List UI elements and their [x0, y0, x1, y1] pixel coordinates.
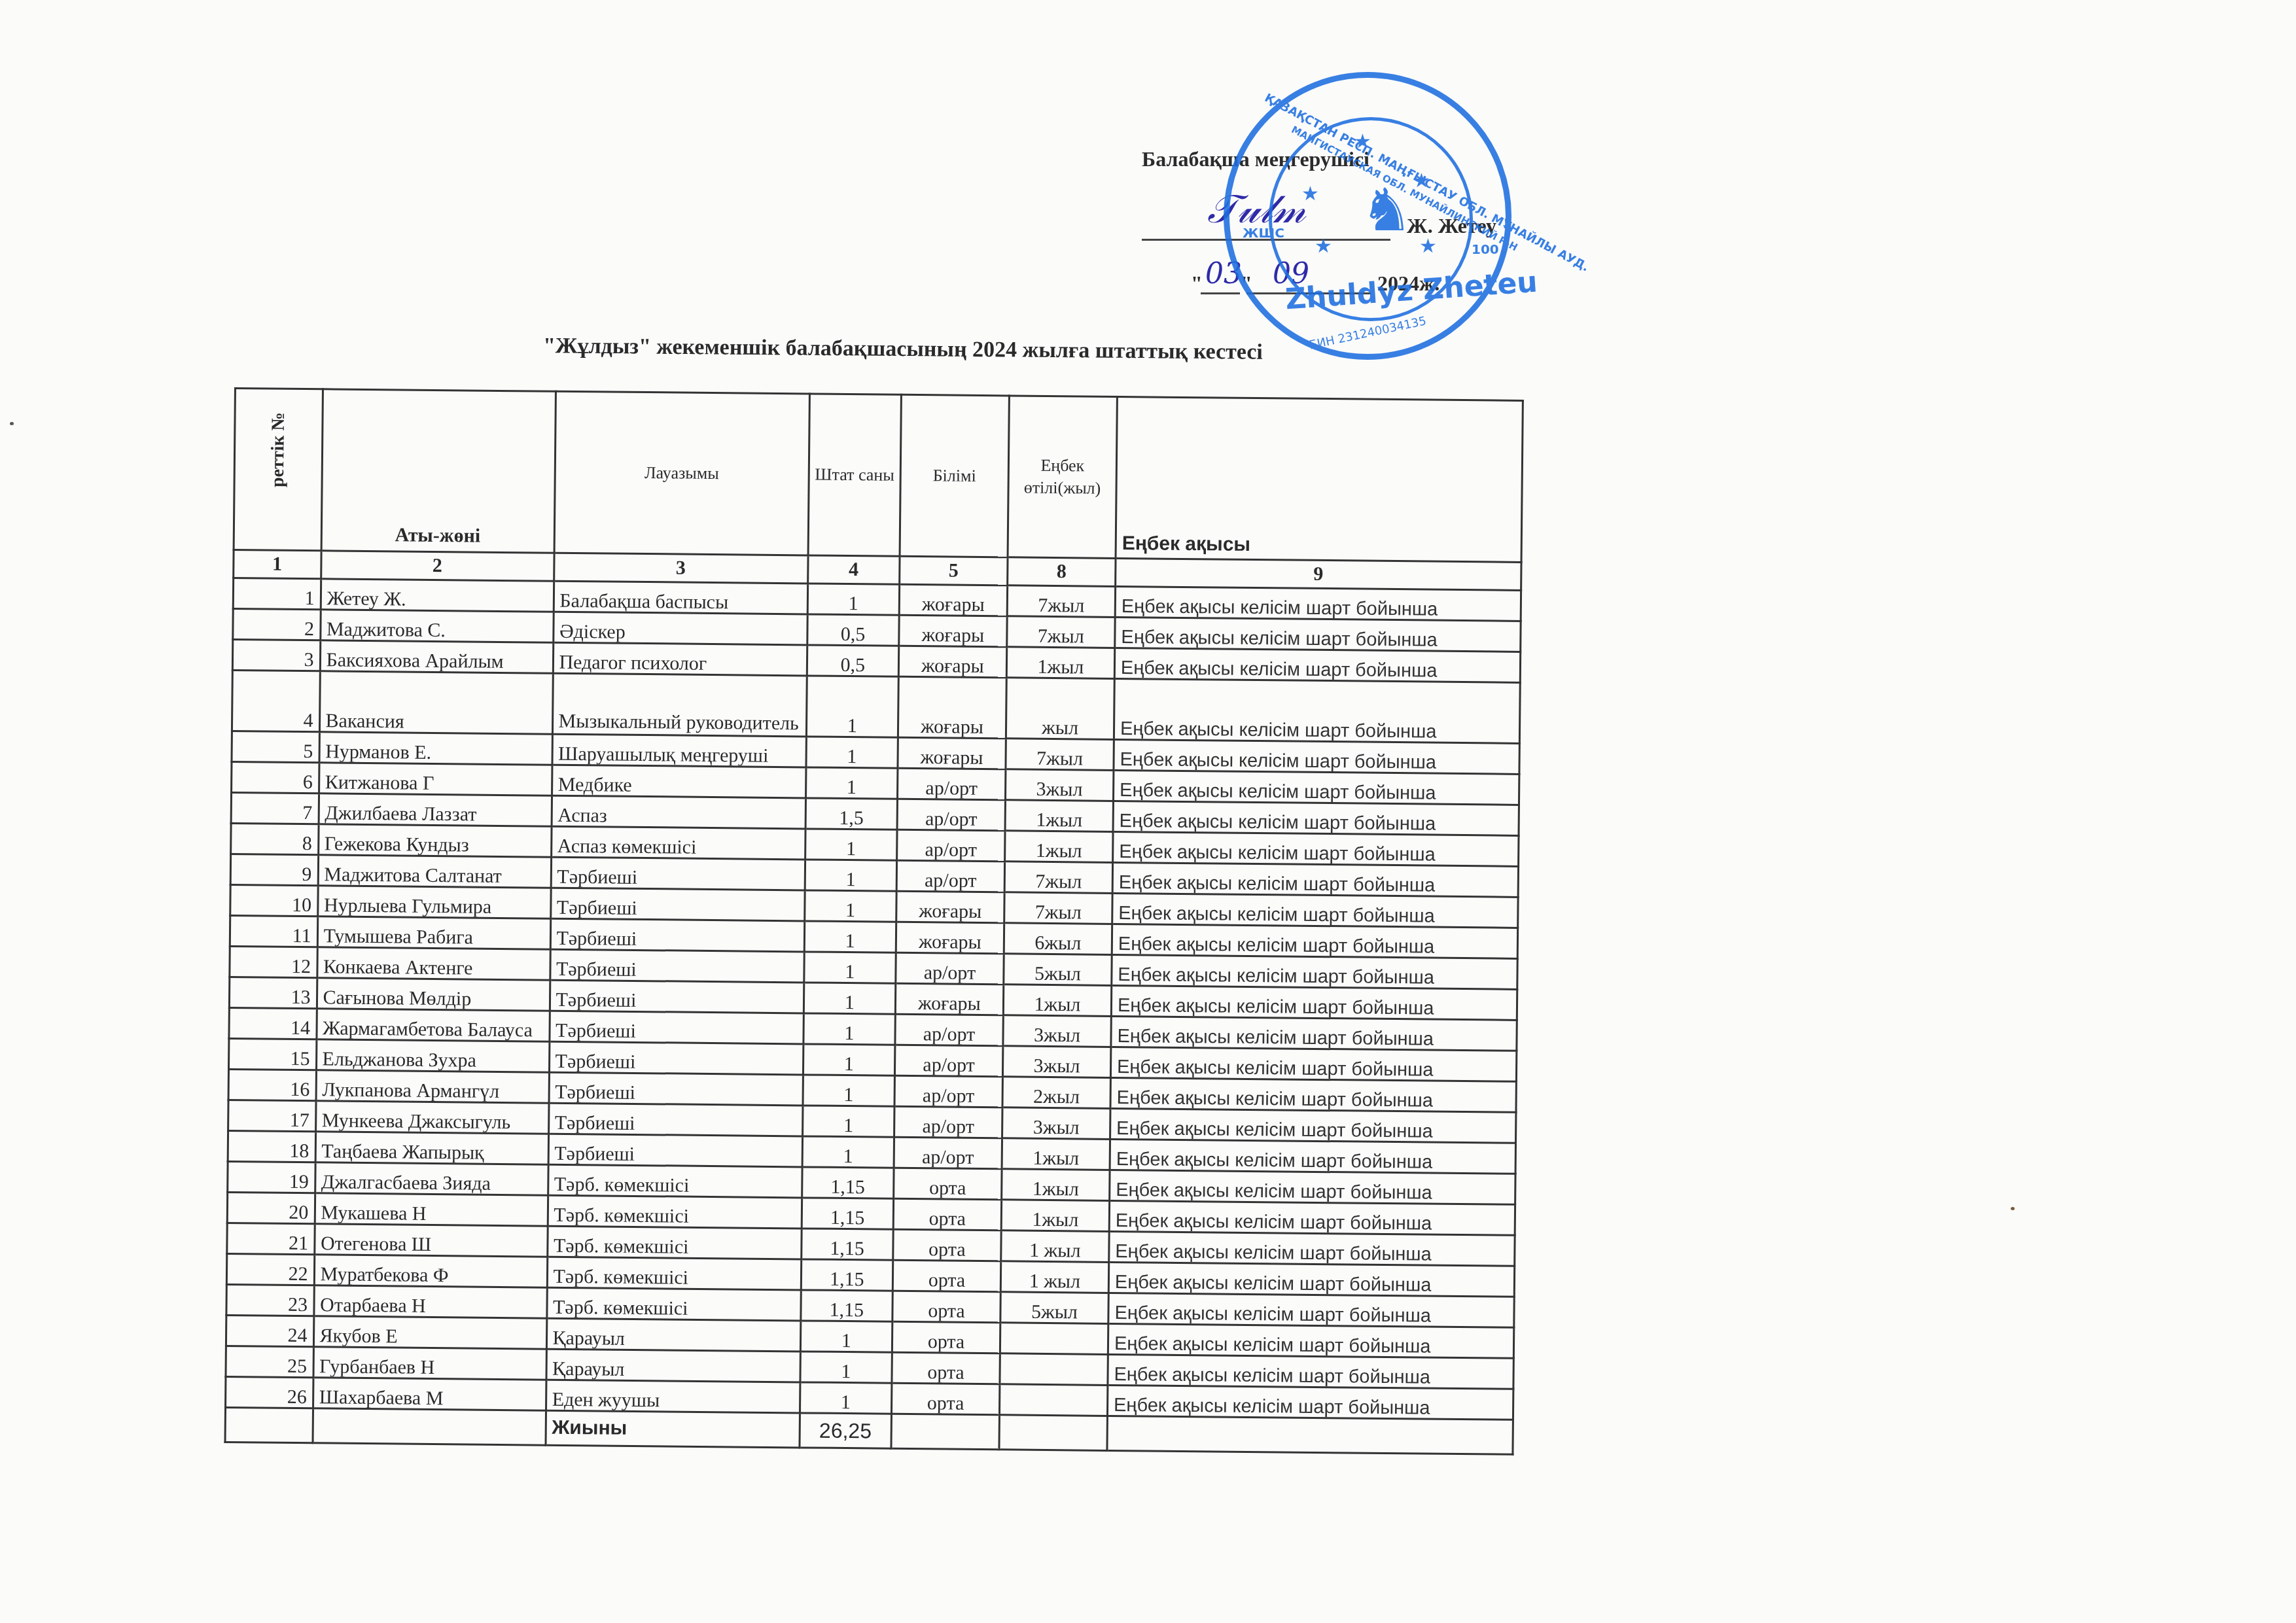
employee-name-cell: Ельджанова Зухра: [316, 1039, 549, 1072]
position-cell: Тәрбиеші: [548, 1134, 802, 1167]
staff-count-cell: 1: [805, 860, 897, 891]
date-day-handwritten: 03: [1205, 257, 1242, 290]
total-empty-cell: [1107, 1416, 1513, 1454]
staff-schedule-table: реттік № Аты-жөні Лауазымы Штат саны Біл…: [224, 387, 1524, 1456]
education-cell: орта: [892, 1260, 1000, 1292]
row-number-cell: 7: [231, 792, 319, 824]
salary-cell: Еңбек ақысы келісім шарт бойынша: [1112, 862, 1518, 897]
document-title: "Жұлдыз" жекеменшік балабақшасының 2024 …: [543, 334, 1263, 365]
salary-cell: Еңбек ақысы келісім шарт бойынша: [1115, 586, 1521, 621]
row-number-cell: 8: [231, 823, 319, 854]
row-number-cell: 17: [228, 1100, 316, 1131]
staff-count-cell: 1: [800, 1382, 892, 1414]
employee-name-cell: Конкаева Актенге: [317, 947, 550, 980]
education-cell: орта: [893, 1229, 1001, 1261]
position-cell: Медбике: [552, 765, 805, 798]
education-cell: ар/орт: [894, 1075, 1002, 1108]
position-cell: Тәрбиеші: [549, 1072, 803, 1106]
position-cell: Тәрб. көмекшісі: [548, 1195, 802, 1229]
staff-count-cell: 0,5: [807, 645, 899, 676]
employee-name-cell: Баксияхова Арайлым: [320, 640, 553, 673]
position-cell: Тәрбиеші: [550, 980, 804, 1013]
staff-count-cell: 1,15: [800, 1290, 892, 1321]
staff-count-cell: 1: [806, 737, 898, 768]
experience-cell: 7жыл: [1007, 616, 1115, 648]
staff-count-cell: 1: [803, 1075, 895, 1106]
employee-name-cell: Гурбанбаев Н: [313, 1347, 546, 1380]
handwritten-signature: 𝒯𝓊𝓁𝓂: [1207, 186, 1306, 232]
row-number-cell: 2: [233, 608, 321, 640]
experience-cell: 1 жыл: [1001, 1230, 1109, 1263]
row-number-cell: 9: [230, 854, 318, 885]
total-label: Жиыны: [546, 1410, 800, 1448]
salary-cell: Еңбек ақысы келісім шарт бойынша: [1108, 1323, 1513, 1358]
staff-count-cell: 1: [804, 890, 896, 922]
position-cell: Тәрбиеші: [550, 888, 804, 921]
employee-name-cell: Муратбекова Ф: [314, 1255, 547, 1287]
row-number-cell: 21: [227, 1223, 315, 1254]
position-cell: Тәрбиеші: [551, 857, 805, 890]
experience-cell: 1жыл: [1006, 647, 1114, 679]
total-empty-cell: [225, 1407, 313, 1442]
total-empty-cell: [891, 1414, 1000, 1450]
position-cell: Педагог психолог: [553, 642, 807, 676]
experience-cell: 1жыл: [1005, 800, 1113, 832]
date-day-line: [1201, 292, 1240, 294]
salary-cell: Еңбек ақысы келісім шарт бойынша: [1110, 1047, 1516, 1081]
salary-cell: Еңбек ақысы келісім шарт бойынша: [1110, 1170, 1515, 1204]
position-cell: Тәрбиеші: [549, 1041, 803, 1075]
employee-name-cell: Якубов Е: [313, 1316, 546, 1349]
row-number-cell: 18: [228, 1130, 315, 1162]
education-cell: ар/орт: [894, 1106, 1002, 1138]
position-cell: Еден жуушы: [546, 1380, 800, 1413]
salary-cell: Еңбек ақысы келісім шарт бойынша: [1113, 831, 1519, 866]
salary-cell: Еңбек ақысы келісім шарт бойынша: [1110, 1139, 1515, 1174]
experience-cell: 6жыл: [1004, 923, 1112, 955]
employee-name-cell: Тумышева Рабига: [317, 916, 550, 949]
position-cell: Балабақша баспысы: [554, 581, 807, 614]
education-cell: жоғары: [896, 891, 1004, 923]
staff-count-cell: 1: [803, 1044, 895, 1075]
experience-cell: 1жыл: [1003, 985, 1111, 1017]
salary-cell: Еңбек ақысы келісім шарт бойынша: [1108, 1262, 1514, 1297]
salary-cell: Еңбек ақысы келісім шарт бойынша: [1113, 770, 1519, 805]
employee-name-cell: Шахарбаева М: [313, 1378, 546, 1410]
scan-speck: [10, 422, 14, 425]
experience-cell: 3жыл: [1003, 1015, 1111, 1047]
column-number: 4: [807, 555, 900, 584]
header-education: Білімі: [900, 394, 1009, 557]
row-number-cell: 4: [232, 670, 319, 731]
stamp-star-icon: ★: [1419, 235, 1437, 258]
staff-count-cell: 1: [800, 1321, 892, 1352]
salary-cell: Еңбек ақысы келісім шарт бойынша: [1108, 1293, 1514, 1327]
education-cell: жоғары: [895, 983, 1003, 1015]
salary-cell: Еңбек ақысы келісім шарт бойынша: [1108, 1354, 1513, 1389]
experience-cell: 2жыл: [1002, 1077, 1110, 1109]
employee-name-cell: Джалгасбаева Зияда: [315, 1162, 548, 1195]
position-cell: Тәрб. көмекшісі: [547, 1226, 801, 1259]
education-cell: жоғары: [899, 584, 1007, 616]
row-number-cell: 6: [232, 761, 319, 793]
education-cell: жоғары: [898, 646, 1006, 678]
staff-count-cell: 1,15: [802, 1167, 894, 1198]
position-cell: Тәрб. көмекшісі: [547, 1257, 801, 1290]
position-cell: Қарауыл: [546, 1349, 800, 1382]
total-staff-count: 26,25: [800, 1413, 892, 1448]
stamp-ring-text: ҚАЗАҚСТАН РЕСП. МАҢҒЫСТАУ ОБЛ. МҰНАЙЛЫ А…: [1262, 91, 1591, 275]
employee-name-cell: Нурлыева Гульмира: [317, 886, 550, 918]
signatory-name: Ж. Жетеу: [1407, 214, 1496, 238]
staff-count-cell: 1: [807, 584, 900, 615]
row-number-cell: 20: [227, 1192, 315, 1223]
experience-cell: 1жыл: [1005, 831, 1113, 863]
position-cell: Аспаз көмекшісі: [551, 826, 805, 860]
staff-count-cell: 1: [802, 1106, 894, 1137]
staff-count-cell: 1: [804, 983, 896, 1014]
salary-cell: Еңбек ақысы келісім шарт бойынша: [1110, 1108, 1516, 1143]
staff-count-cell: 1,15: [802, 1198, 894, 1229]
salary-cell: Еңбек ақысы келісім шарт бойынша: [1112, 924, 1517, 958]
employee-name-cell: Отарбаева Н: [313, 1285, 546, 1318]
position-cell: Шаруашылық меңгеруші: [552, 734, 806, 767]
education-cell: орта: [892, 1321, 1000, 1353]
position-cell: Тәрбиеші: [550, 949, 804, 983]
header-staff-count: Штат саны: [808, 394, 902, 556]
date-year: 2024ж.: [1377, 271, 1439, 296]
salary-cell: Еңбек ақысы келісім шарт бойынша: [1111, 985, 1517, 1020]
row-number-cell: 14: [229, 1007, 317, 1039]
staff-count-cell: 1: [803, 1013, 895, 1045]
row-number-cell: 24: [226, 1315, 313, 1346]
experience-cell: 7жыл: [1004, 862, 1112, 894]
salary-cell: Еңбек ақысы келісім шарт бойынша: [1112, 954, 1517, 989]
employee-name-cell: Сағынова Мөлдір: [317, 978, 550, 1011]
table-body: 1Жетеу Ж.Балабақша баспысы1жоғары7жылЕңб…: [226, 578, 1521, 1420]
salary-cell: Еңбек ақысы келісім шарт бойынша: [1114, 678, 1520, 743]
position-cell: Тәрб. көмекшісі: [548, 1164, 802, 1198]
education-cell: жоғары: [898, 737, 1006, 769]
experience-cell: жыл: [1006, 678, 1114, 740]
education-cell: орта: [892, 1291, 1000, 1323]
position-cell: Мызыкальный руководитель: [552, 673, 807, 737]
education-cell: жоғары: [896, 922, 1004, 954]
total-empty-cell: [999, 1415, 1108, 1451]
staff-count-cell: 1: [800, 1352, 892, 1383]
staff-count-cell: 1: [805, 767, 898, 799]
employee-name-cell: Отегенова Ш: [314, 1224, 547, 1257]
education-cell: ар/орт: [895, 1014, 1003, 1046]
staff-count-cell: 1: [802, 1136, 894, 1168]
staff-count-cell: 1: [805, 829, 897, 860]
column-number: 2: [321, 551, 554, 581]
date-month-line: [1246, 292, 1371, 294]
experience-cell: [1000, 1353, 1108, 1386]
column-number: 3: [554, 553, 807, 584]
employee-name-cell: Нурманов Е.: [319, 732, 552, 765]
row-number-cell: 5: [232, 731, 319, 762]
staff-count-cell: 0,5: [807, 614, 899, 646]
employee-name-cell: Мукашева Н: [315, 1193, 548, 1226]
salary-cell: Еңбек ақысы келісім шарт бойынша: [1109, 1200, 1515, 1235]
row-number-cell: 22: [226, 1253, 314, 1285]
education-cell: ар/орт: [896, 860, 1004, 892]
stamp-star-icon: ★: [1413, 169, 1430, 192]
row-number-cell: 19: [228, 1161, 315, 1193]
position-cell: Тәрб. көмекшісі: [546, 1287, 800, 1321]
staff-count-cell: 1: [806, 676, 898, 737]
employee-name-cell: Китжанова Г: [319, 763, 552, 795]
experience-cell: [1000, 1323, 1108, 1355]
staff-count-cell: 1: [804, 952, 896, 983]
experience-cell: 5жыл: [1000, 1292, 1108, 1324]
staff-count-cell: 1,5: [805, 798, 898, 829]
salary-cell: Еңбек ақысы келісім шарт бойынша: [1113, 801, 1519, 835]
education-cell: ар/орт: [897, 829, 1005, 862]
education-cell: ар/орт: [896, 952, 1004, 985]
position-cell: Аспаз: [552, 795, 805, 829]
salary-cell: Еңбек ақысы келісім шарт бойынша: [1114, 648, 1520, 682]
experience-cell: 3жыл: [1002, 1108, 1110, 1140]
experience-cell: 1жыл: [1001, 1200, 1109, 1232]
employee-name-cell: Маджитова Салтанат: [318, 855, 551, 888]
row-number-cell: 12: [230, 946, 317, 977]
row-number-cell: 13: [229, 977, 317, 1008]
row-number-cell: 11: [230, 915, 317, 947]
experience-cell: 3жыл: [1002, 1046, 1110, 1078]
row-number-cell: 10: [230, 884, 318, 916]
total-empty-cell: [313, 1408, 546, 1445]
education-cell: жоғары: [898, 676, 1006, 739]
salary-cell: Еңбек ақысы келісім шарт бойынша: [1114, 739, 1519, 774]
education-cell: ар/орт: [894, 1045, 1002, 1077]
salary-cell: Еңбек ақысы келісім шарт бойынша: [1110, 1077, 1516, 1112]
date-month-handwritten: 09: [1273, 257, 1309, 290]
experience-cell: 1жыл: [1002, 1138, 1110, 1170]
approval-title: Балабақша меңгерушісі: [1142, 147, 1369, 171]
employee-name-cell: Джилбаева Лаззат: [319, 794, 552, 826]
header-order-no: реттік №: [234, 389, 323, 551]
column-number: 8: [1008, 557, 1116, 587]
experience-cell: 7жыл: [1006, 739, 1114, 771]
salary-cell: Еңбек ақысы келісім шарт бойынша: [1107, 1385, 1513, 1420]
header-experience: Еңбек өтілі(жыл): [1008, 396, 1117, 559]
row-number-cell: 16: [228, 1069, 316, 1100]
scan-speck: [2011, 1207, 2015, 1210]
education-cell: орта: [892, 1352, 1000, 1384]
salary-cell: Еңбек ақысы келісім шарт бойынша: [1112, 893, 1518, 928]
column-number: 9: [1116, 558, 1521, 590]
header-full-name: Аты-жөні: [321, 389, 556, 553]
education-cell: ар/орт: [894, 1137, 1002, 1169]
education-cell: ар/орт: [897, 799, 1005, 831]
header-salary: Еңбек ақысы: [1116, 396, 1523, 562]
employee-name-cell: Жетеу Ж.: [321, 579, 554, 612]
row-number-cell: 25: [226, 1346, 313, 1377]
experience-cell: 1жыл: [1002, 1169, 1110, 1201]
experience-cell: 5жыл: [1004, 954, 1112, 986]
education-cell: орта: [894, 1168, 1002, 1200]
table-header-row: реттік № Аты-жөні Лауазымы Штат саны Біл…: [234, 389, 1523, 563]
staff-count-cell: 1,15: [801, 1259, 893, 1291]
position-cell: Тәрбиеші: [549, 1011, 803, 1044]
experience-cell: 1 жыл: [1000, 1261, 1108, 1293]
experience-cell: [999, 1384, 1107, 1416]
position-cell: Әдіскер: [553, 612, 807, 645]
education-cell: жоғары: [899, 615, 1007, 647]
stamp-bin: БИН 231240034135: [1308, 314, 1428, 352]
education-cell: орта: [891, 1383, 999, 1415]
experience-cell: 3жыл: [1005, 769, 1113, 801]
experience-cell: 7жыл: [1007, 585, 1115, 618]
header-position: Лауазымы: [554, 391, 809, 555]
column-number: 1: [234, 550, 321, 579]
employee-name-cell: Гежекова Кундыз: [318, 824, 551, 857]
row-number-cell: 1: [233, 578, 321, 610]
employee-name-cell: Вакансия: [319, 671, 553, 734]
education-cell: ар/орт: [897, 768, 1005, 800]
position-cell: Тәрбиеші: [548, 1103, 802, 1136]
employee-name-cell: Мункеева Джаксыгуль: [315, 1101, 548, 1134]
row-number-cell: 26: [226, 1376, 313, 1408]
stamp-right-label: 100: [1472, 241, 1499, 257]
row-number-cell: 3: [232, 639, 320, 671]
salary-cell: Еңбек ақысы келісім шарт бойынша: [1109, 1231, 1515, 1266]
salary-cell: Еңбек ақысы келісім шарт бойынша: [1115, 617, 1521, 652]
employee-name-cell: Жармагамбетова Балауса: [317, 1009, 550, 1041]
row-number-cell: 15: [228, 1038, 316, 1070]
column-number: 5: [900, 556, 1008, 585]
position-cell: Қарауыл: [546, 1318, 800, 1352]
position-cell: Тәрбиеші: [550, 918, 804, 952]
employee-name-cell: Таңбаева Жапырық: [315, 1132, 548, 1164]
row-number-cell: 23: [226, 1284, 314, 1316]
experience-cell: 7жыл: [1004, 892, 1112, 924]
staff-count-cell: 1,15: [801, 1229, 893, 1260]
salary-cell: Еңбек ақысы келісім шарт бойынша: [1111, 1016, 1517, 1051]
employee-name-cell: Маджитова С.: [320, 610, 553, 642]
staff-count-cell: 1: [804, 921, 896, 952]
employee-name-cell: Лукпанова Армангүл: [316, 1070, 549, 1103]
education-cell: орта: [893, 1198, 1001, 1230]
